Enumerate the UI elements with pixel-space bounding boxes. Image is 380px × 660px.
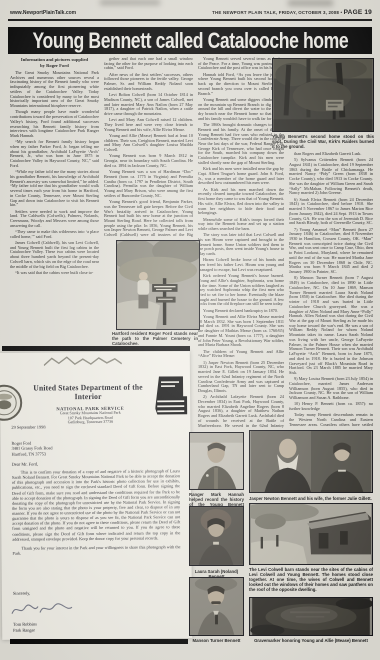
letter-signer-title: Park Ranger [13, 627, 37, 633]
ford-cemetery-photo [116, 240, 200, 330]
gravemarker-photo-image [250, 598, 372, 635]
article-column-1: Information and pictures supplied by Rog… [10, 57, 99, 345]
laura-bennett-photo-image [190, 507, 243, 565]
manson-bennett-caption: Manson Turner Bennett [189, 638, 244, 643]
letter-recipient-address: Roger Ford 3481 Grassy Fork Road Hartfor… [12, 440, 53, 456]
article-paragraph: Young Bennett's good friend, Benjamin Pa… [104, 200, 193, 238]
article-paragraph: Settlers were needed to work and improve… [10, 210, 99, 229]
header-rule [8, 19, 372, 21]
letter-date: 29 September 1998 [11, 424, 45, 429]
article-paragraph: Young Bennett declared bankruptcy in 187… [198, 309, 284, 314]
gravemarker-caption: Gravemarker honoring Young and Allie (Me… [249, 638, 373, 643]
letter-salutation: Dear Mr. Ford, [12, 462, 38, 467]
article-paragraph: The Great Smoky Mountains National Park … [10, 71, 99, 109]
article-column-4: than Rogers and Elizabeth Garrett Lusk.5… [289, 152, 373, 428]
letter-bottom-rule [10, 639, 188, 644]
masthead: THE NEWPORT PLAIN TALK, FRIDAY, OCTOBER … [212, 9, 372, 16]
article-paragraph: Young and Allie (Mease) Bennett had at l… [104, 134, 193, 153]
article-paragraph: Hiram Colwell broke loose of his bonds a… [198, 258, 284, 272]
letter-city-line: Gatlinburg, Tennessee 37738 [30, 420, 150, 426]
letter-top-rule [2, 346, 190, 351]
mountain-zigzag-icon [44, 356, 122, 367]
article-paragraph: Thank you for your interest in the Park … [12, 544, 180, 556]
letter-closing: Sincerely, [13, 591, 30, 596]
ranger-hannah-photo-image [190, 433, 243, 489]
manson-bennett-photo [189, 577, 244, 636]
article-paragraph: “It was said that the cabins were built … [10, 271, 99, 276]
article-paragraph: 5) Sylvanus Crittenden Bennett (born 24 … [289, 158, 373, 196]
site-url: www.NewportPlainTalk.com [10, 10, 76, 16]
article-paragraph: Levi and Mary Ann Colwell raised 12 chil… [104, 118, 193, 132]
article-paragraph: 6) Sarah Elvira Bennett (born 24 Decembe… [289, 198, 373, 226]
newspaper-page-scan: www.NewportPlainTalk.com THE NEWPORT PLA… [0, 0, 380, 660]
article-paragraph: Young Bennett and Allie Elvira Mease mar… [198, 315, 284, 348]
letter-signer: Tom Robbins Park Ranger [13, 622, 37, 634]
gravemarker-photo [249, 597, 373, 636]
article-paragraph: Today many Bennett descendants remain in… [289, 413, 373, 428]
article-paragraph: The children of Young Bennett and Allie … [198, 350, 284, 359]
ford-cemetery-caption: Hartford resident Roger Ford stands near… [112, 331, 198, 346]
article-paragraph: Young Bennett was born 9 March 1812 in G… [104, 154, 193, 168]
article-paragraph: “They came to make this wilderness into … [10, 230, 99, 239]
bennett-home-photo [272, 58, 374, 132]
article-paragraph: 10) Henry P. Bennett (born ca. 1857): no… [289, 402, 373, 411]
scan-smudge [288, 0, 333, 6]
article-paragraph: 1) Jasper Newton Bennett (born 25 Decemb… [198, 361, 284, 394]
nps-letter-document: United States Department of the Interior… [0, 351, 192, 640]
article-paragraph: Young Bennett was a son of Hardiman “Doc… [104, 170, 193, 198]
article-paragraph: As Kirk and his men marched down the rec… [198, 188, 284, 216]
letterhead-block: NATIONAL PARK SERVICE Great Smoky Mounta… [30, 406, 150, 426]
article-paragraph: Kirk and his men were installed near the… [198, 167, 284, 186]
laura-bennett-photo [189, 506, 244, 566]
colwell-barn-caption: The Levi Colwell barn stands near the si… [249, 567, 373, 592]
signature-icon [10, 600, 74, 619]
masthead-text: THE NEWPORT PLAIN TALK, FRIDAY, OCTOBER … [212, 10, 342, 15]
interior-department-seal-icon [0, 383, 24, 423]
article-paragraph: than Rogers and Elizabeth Garrett Lusk. [289, 152, 373, 157]
article-column-1-text: The Great Smoky Mountains National Park … [10, 71, 99, 276]
jasper-bennett-caption: Jasper Newton Bennett and his wife, the … [249, 496, 373, 501]
article-paragraph: This is to confirm your donation of a co… [12, 468, 181, 541]
take-pride-in-america-logo-icon [155, 376, 187, 418]
bennett-home-photo-image [273, 59, 373, 131]
letter-agency-title: United States Department of the Interior [22, 382, 154, 401]
article-column-2: gether and that each one had a small win… [104, 57, 193, 238]
article-paragraph: 8) Manson Turner Bennett (born 7 August … [289, 276, 373, 375]
article-paragraph: “While my father told me the many storie… [10, 170, 99, 208]
article-paragraph: gether and that each one had a small win… [104, 57, 193, 71]
colwell-barn-photo [249, 503, 373, 565]
article-paragraph: James Colwell (Caldwell), his son Levi C… [10, 241, 99, 269]
page-number: PAGE 19 [344, 9, 372, 16]
article-paragraph: The story was later told that Levi Colwe… [198, 233, 284, 257]
manson-bennett-photo-image [190, 578, 243, 635]
article-paragraph: Though many people have made wonderful c… [10, 110, 99, 138]
article-byline: Information and pictures supplied by Rog… [10, 57, 99, 68]
headline-bar: Young Bennett called Catalooche home [8, 27, 372, 54]
colwell-barn-photo-image [250, 504, 372, 564]
article-paragraph: Levi Bolton Colwell (born 14 October 181… [104, 93, 193, 117]
ford-cemetery-photo-image [117, 241, 199, 329]
jasper-bennett-photo-image [250, 431, 372, 492]
article-paragraph: 9) Mary Louisa Bennett (born 23 July 185… [289, 377, 373, 401]
letter-body: This is to confirm your donation of a co… [12, 468, 181, 559]
article-paragraph: After news of the first settlers' succes… [104, 73, 193, 92]
article-paragraph: “My search for Bennett family history be… [10, 140, 99, 168]
article-paragraph: Meanwhile some of Kirk's troops forced t… [198, 218, 284, 232]
article-paragraph: Kirk ordered Young Bennett's house burne… [198, 274, 284, 307]
headline-text: Young Bennett called Catalooche home [32, 28, 348, 54]
scan-smudge [100, 0, 160, 5]
article-paragraph: 7) Young Amanuel “Man” Bennett (born 27 … [289, 228, 373, 275]
jasper-bennett-photo [249, 430, 373, 493]
ranger-hannah-photo [189, 432, 244, 490]
article-paragraph: 2) Archibald Lafayette Bennett (born 24 … [198, 395, 284, 428]
bennett-home-caption: Young Bennett's second home stood on thi… [272, 134, 374, 149]
